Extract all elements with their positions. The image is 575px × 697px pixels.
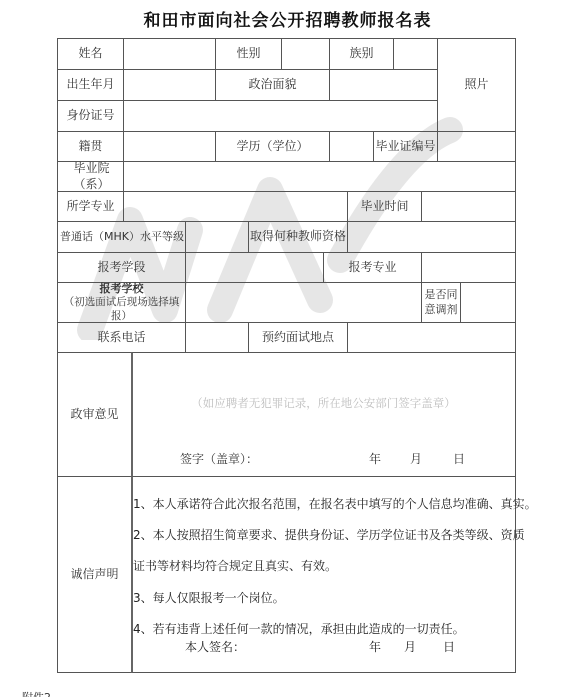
education-field[interactable]: [329, 131, 374, 162]
political-field[interactable]: [329, 69, 438, 101]
photo-box[interactable]: 照片: [437, 38, 516, 132]
native-label: 籍贯: [57, 131, 124, 162]
form-title: 和田市面向社会公开招聘教师报名表: [0, 6, 575, 31]
political-review-month: 月: [410, 450, 422, 467]
adjust-field[interactable]: [460, 282, 516, 323]
grad-time-field[interactable]: [421, 191, 516, 222]
college-label: 毕业院（系）: [57, 161, 124, 192]
education-label: 学历（学位）: [215, 131, 330, 162]
political-review-year: 年: [369, 450, 381, 467]
id-label: 身份证号: [57, 100, 124, 132]
political-review-sign-label: 签字（盖章）：: [180, 450, 258, 467]
political-review-day: 日: [453, 450, 465, 467]
gender-label: 性别: [215, 38, 282, 70]
apply-school-label-cell: 报考学校 （初选面试后现场选择填报）: [57, 282, 186, 323]
apply-stage-field[interactable]: [185, 252, 324, 283]
integrity-month: 月: [404, 638, 416, 655]
birth-label: 出生年月: [57, 69, 124, 101]
adjust-label-2: 意调剂: [425, 303, 458, 317]
mandarin-field[interactable]: [185, 221, 249, 253]
ethnicity-field[interactable]: [393, 38, 438, 70]
cert-no-field[interactable]: [437, 131, 516, 162]
integrity-day: 日: [443, 638, 455, 655]
apply-school-field[interactable]: [185, 282, 422, 323]
native-field[interactable]: [123, 131, 216, 162]
apply-school-label: 报考学校: [100, 282, 144, 296]
integrity-line-4: 3、每人仅限报考一个岗位。: [133, 589, 285, 606]
integrity-line-5: 4、若有违背上述任何一款的情况，承担由此造成的一切责任。: [133, 620, 465, 637]
major-label: 所学专业: [57, 191, 124, 222]
grad-time-label: 毕业时间: [347, 191, 422, 222]
integrity-year: 年: [369, 638, 381, 655]
integrity-line-1: 1、本人承诺符合此次报名范围，在报名表中填写的个人信息均准确、真实。: [133, 495, 537, 512]
adjust-label-1: 是否同: [425, 288, 458, 302]
name-label: 姓名: [57, 38, 124, 70]
apply-school-note: （初选面试后现场选择填报）: [58, 296, 185, 323]
teacher-qual-label: 取得何种教师资格: [248, 221, 348, 253]
integrity-sign-label: 本人签名：: [185, 638, 245, 655]
teacher-qual-field[interactable]: [347, 221, 516, 253]
attachment-note: 附件2: [22, 689, 51, 697]
political-label: 政治面貌: [215, 69, 330, 101]
mandarin-label: 普通话（MHK）水平等级: [57, 221, 186, 253]
gender-field[interactable]: [281, 38, 330, 70]
interview-place-field[interactable]: [347, 322, 516, 353]
college-field[interactable]: [123, 161, 516, 192]
birth-field[interactable]: [123, 69, 216, 101]
id-field[interactable]: [123, 100, 438, 132]
political-review-label: 政审意见: [57, 352, 132, 477]
apply-stage-label: 报考学段: [57, 252, 186, 283]
major-field[interactable]: [123, 191, 348, 222]
interview-place-label: 预约面试地点: [248, 322, 348, 353]
apply-major-field[interactable]: [421, 252, 516, 283]
phone-label: 联系电话: [57, 322, 186, 353]
apply-major-label: 报考专业: [323, 252, 422, 283]
integrity-label: 诚信声明: [57, 476, 132, 673]
name-field[interactable]: [123, 38, 216, 70]
integrity-line-2: 2、本人按照招生简章要求、提供身份证、学历学位证书及各类等级、资质: [133, 526, 525, 543]
phone-field[interactable]: [185, 322, 249, 353]
cert-no-label: 毕业证编号: [373, 131, 438, 162]
adjust-label-cell: 是否同 意调剂: [421, 282, 461, 323]
ethnicity-label: 族别: [329, 38, 394, 70]
integrity-line-3: 证书等材料均符合规定且真实、有效。: [133, 557, 337, 574]
political-review-hint: （如应聘者无犯罪记录，所在地公安部门签字盖章）: [131, 395, 516, 411]
